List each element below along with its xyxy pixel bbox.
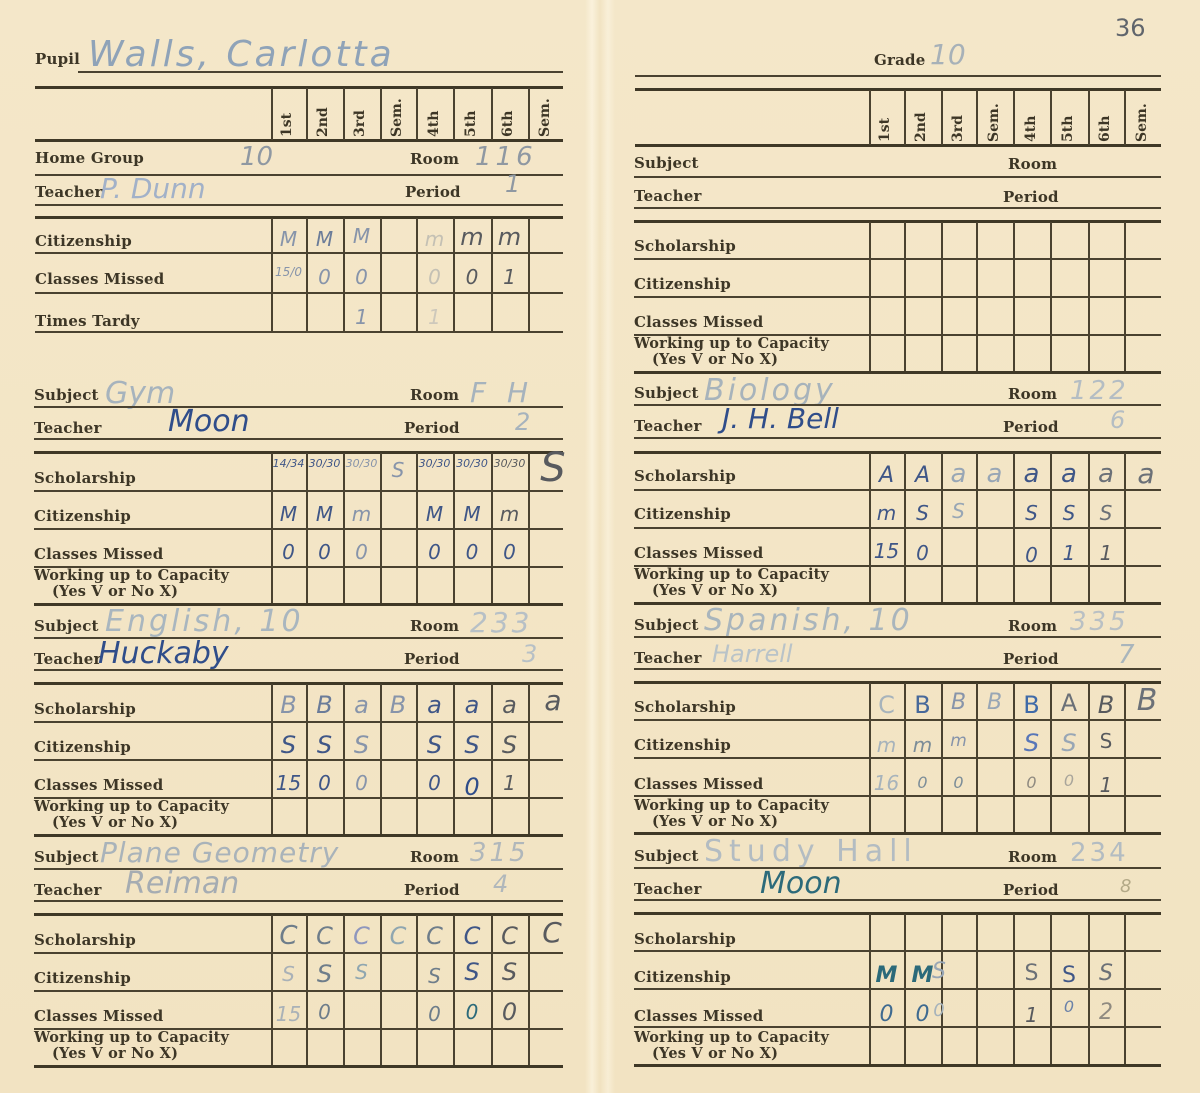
scholarship-cell: 30/30 xyxy=(416,458,453,470)
col-3rd: 3rd xyxy=(352,110,368,137)
period-value: 4 xyxy=(493,870,508,898)
classes-missed-cell: 0 xyxy=(343,537,380,567)
citizenship-cell: m xyxy=(869,498,904,528)
scholarship-cell: C xyxy=(271,921,306,951)
citizenship-cell: S xyxy=(941,496,976,526)
scholarship-cell: C xyxy=(416,921,453,951)
period-value: 2 xyxy=(515,408,530,436)
citizenship-label: Citizenship xyxy=(634,275,731,293)
page-number: 36 xyxy=(1115,14,1146,42)
classes-missed-cell: 16 xyxy=(869,768,904,798)
col-6th: 6th xyxy=(1097,116,1113,142)
home-citizenship-label: Citizenship xyxy=(35,232,132,250)
citizenship-label: Citizenship xyxy=(34,738,131,756)
citizenship-cell: S xyxy=(926,957,952,987)
home-group-value: 10 xyxy=(240,142,273,172)
home-period-label: Period xyxy=(405,183,461,201)
scholarship-cell: a xyxy=(491,690,528,720)
scholarship-cell: B xyxy=(1124,686,1170,716)
classes-missed-cell: 15 xyxy=(271,768,306,798)
home-citizenship-cell: M xyxy=(306,224,343,254)
teacher-label: Teacher xyxy=(34,650,102,668)
scholarship-cell: a xyxy=(528,686,578,716)
classes-missed-cell: 0 xyxy=(926,996,952,1026)
room-label: Room xyxy=(410,386,459,404)
scholarship-cell: A xyxy=(1050,688,1088,718)
period-label: Period xyxy=(404,881,460,899)
scholarship-cell: B xyxy=(941,688,976,718)
citizenship-cell: M xyxy=(271,499,306,529)
teacher-value: Huckaby xyxy=(98,636,229,671)
home-teacher-value: P. Dunn xyxy=(100,172,206,205)
classes-missed-label: Classes Missed xyxy=(34,1007,163,1025)
classes-missed-label: Classes Missed xyxy=(634,313,763,331)
citizenship-cell: m xyxy=(904,730,941,760)
scholarship-label: Scholarship xyxy=(34,700,136,718)
period-label: Period xyxy=(404,419,460,437)
classes-missed-cell: 0 xyxy=(1013,540,1050,570)
scholarship-cell: 30/30 xyxy=(343,458,380,470)
room-label: Room xyxy=(1008,848,1057,866)
citizenship-cell: S xyxy=(343,730,380,760)
col-sem-2: Sem. xyxy=(1134,103,1150,142)
classes-missed-cell: 0 xyxy=(416,999,453,1029)
classes-missed-cell: 0 xyxy=(271,537,306,567)
subject-value: English, 10 xyxy=(105,604,304,639)
subject-label: Subject xyxy=(634,616,699,634)
room-label: Room xyxy=(1008,617,1057,635)
scholarship-cell: A xyxy=(904,461,941,491)
col-sem-1: Sem. xyxy=(986,103,1002,142)
home-classes-missed-cell: 0 xyxy=(453,262,491,292)
citizenship-cell: S xyxy=(1088,498,1124,528)
citizenship-cell: m xyxy=(491,499,528,529)
scholarship-label: Scholarship xyxy=(634,467,736,485)
scholarship-cell: C xyxy=(491,921,528,951)
working-up-legend: (Yes V or No X) xyxy=(52,584,178,600)
citizenship-cell: S xyxy=(271,959,306,989)
room-value: 122 xyxy=(1070,376,1129,406)
classes-missed-label: Classes Missed xyxy=(34,776,163,794)
teacher-value: J. H. Bell xyxy=(722,402,839,435)
scholarship-cell: a xyxy=(941,459,976,489)
citizenship-cell: S xyxy=(491,957,528,987)
classes-missed-cell: 0 xyxy=(306,537,343,567)
subject-label: Subject xyxy=(634,847,699,865)
working-up-legend: (Yes V or No X) xyxy=(652,814,778,830)
scholarship-cell: C xyxy=(380,921,416,951)
classes-missed-cell: 2 xyxy=(1088,998,1124,1028)
citizenship-label: Citizenship xyxy=(34,507,131,525)
citizenship-cell: M xyxy=(453,499,491,529)
col-5th: 5th xyxy=(463,111,479,137)
period-label: Period xyxy=(1003,418,1059,436)
scholarship-cell: a xyxy=(976,459,1013,489)
citizenship-cell: S xyxy=(1088,959,1124,989)
times-tardy-cell: 1 xyxy=(416,302,453,332)
scholarship-cell: S xyxy=(528,446,578,490)
citizenship-cell: m xyxy=(343,499,380,529)
working-up-legend: (Yes V or No X) xyxy=(652,583,778,599)
classes-missed-cell: 0 xyxy=(453,997,491,1027)
citizenship-cell: M xyxy=(416,499,453,529)
scholarship-cell: C xyxy=(528,918,576,948)
citizenship-cell: S xyxy=(1013,498,1050,528)
scholarship-cell: B xyxy=(306,690,343,720)
subject-label: Subject xyxy=(34,848,99,866)
home-classes-missed-cell: 0 xyxy=(416,262,453,292)
citizenship-cell: S xyxy=(1050,498,1088,528)
classes-missed-cell: 0 xyxy=(416,537,453,567)
citizenship-label: Citizenship xyxy=(634,968,731,986)
scholarship-cell: 30/30 xyxy=(453,458,491,470)
citizenship-cell: M xyxy=(869,961,904,991)
room-label: Room xyxy=(1008,385,1057,403)
classes-missed-cell: 1 xyxy=(1088,538,1124,568)
times-tardy-label: Times Tardy xyxy=(35,312,140,330)
citizenship-cell: S xyxy=(1013,728,1050,758)
scholarship-label: Scholarship xyxy=(34,469,136,487)
scholarship-cell: B xyxy=(271,690,306,720)
teacher-value: Harrell xyxy=(712,640,793,668)
classes-missed-cell: 0 xyxy=(1013,768,1050,798)
room-label: Room xyxy=(410,848,459,866)
pupil-name: Walls, Carlotta xyxy=(88,34,395,75)
grade-label: Grade xyxy=(874,51,925,69)
working-up-label: Working up to Capacity xyxy=(634,798,829,814)
home-citizenship-cell: m xyxy=(491,222,528,252)
classes-missed-cell: 0 xyxy=(306,997,343,1027)
home-citizenship-cell: M xyxy=(271,224,306,254)
col-1st: 1st xyxy=(279,113,295,137)
classes-missed-cell: 0 xyxy=(1050,992,1088,1022)
times-tardy-cell: 1 xyxy=(343,302,380,332)
room-value: 233 xyxy=(470,606,532,639)
scholarship-cell: a xyxy=(1013,459,1050,489)
room-value: 234 xyxy=(1070,838,1129,868)
scholarship-cell: A xyxy=(869,461,904,491)
citizenship-cell: S xyxy=(416,730,453,760)
classes-missed-cell: 0 xyxy=(453,772,491,802)
home-period-value: 1 xyxy=(505,170,520,198)
home-classes-missed-cell: 0 xyxy=(306,262,343,292)
col-sem-2: Sem. xyxy=(537,98,553,137)
classes-missed-cell: 0 xyxy=(904,538,941,568)
scholarship-label: Scholarship xyxy=(634,930,736,948)
working-up-label: Working up to Capacity xyxy=(34,799,229,815)
working-up-label: Working up to Capacity xyxy=(634,336,829,352)
period-label: Period xyxy=(404,650,460,668)
citizenship-cell: M xyxy=(306,499,343,529)
teacher-label: Teacher xyxy=(634,880,702,898)
scholarship-cell: B xyxy=(976,688,1013,718)
scholarship-cell: C xyxy=(343,921,380,951)
working-up-label: Working up to Capacity xyxy=(34,568,229,584)
classes-missed-cell: 0 xyxy=(904,768,941,798)
working-up-legend: (Yes V or No X) xyxy=(652,352,778,368)
scholarship-label: Scholarship xyxy=(634,698,736,716)
period-label: Period xyxy=(1003,881,1059,899)
teacher-value: Reiman xyxy=(125,866,239,901)
working-up-label: Working up to Capacity xyxy=(634,567,829,583)
subject-label: Subject xyxy=(34,617,99,635)
header-top-rule xyxy=(35,86,563,89)
room-value: 335 xyxy=(1070,607,1129,637)
classes-missed-cell: 0 xyxy=(491,997,528,1027)
classes-missed-cell: 0 xyxy=(941,768,976,798)
classes-missed-cell: 1 xyxy=(1013,1000,1050,1030)
scholarship-cell: a xyxy=(1050,459,1088,489)
scholarship-cell: a xyxy=(453,690,491,720)
home-citizenship-cell: M xyxy=(343,221,380,251)
grade-value: 10 xyxy=(930,38,966,71)
citizenship-cell: S xyxy=(1088,726,1124,756)
home-classes-missed-label: Classes Missed xyxy=(35,270,164,288)
scholarship-cell: a xyxy=(343,690,380,720)
classes-missed-cell: 0 xyxy=(343,768,380,798)
teacher-label: Teacher xyxy=(34,419,102,437)
working-up-legend: (Yes V or No X) xyxy=(52,815,178,831)
subject-label: Subject xyxy=(634,154,699,172)
period-value: 7 xyxy=(1118,640,1135,670)
classes-missed-cell: 0 xyxy=(306,768,343,798)
scholarship-cell: a xyxy=(1124,459,1168,489)
working-up-label: Working up to Capacity xyxy=(634,1030,829,1046)
period-value: 6 xyxy=(1110,406,1125,434)
col-sem-1: Sem. xyxy=(389,98,405,137)
col-6th: 6th xyxy=(500,111,516,137)
classes-missed-cell: 15 xyxy=(869,536,904,566)
citizenship-label: Citizenship xyxy=(634,505,731,523)
home-room-value: 116 xyxy=(475,142,537,172)
working-up-legend: (Yes V or No X) xyxy=(652,1046,778,1062)
room-value: 315 xyxy=(470,838,529,868)
teacher-value: Moon xyxy=(760,866,842,901)
citizenship-cell: S xyxy=(1050,961,1088,991)
room-label: Room xyxy=(1008,155,1057,173)
subject-value: Plane Geometry xyxy=(100,836,339,869)
classes-missed-cell: 1 xyxy=(1088,770,1124,800)
scholarship-cell: S xyxy=(380,455,416,485)
classes-missed-cell: 0 xyxy=(1050,766,1088,796)
classes-missed-label: Classes Missed xyxy=(634,775,763,793)
home-classes-missed-cell: 15/0 xyxy=(271,266,306,278)
classes-missed-cell: 1 xyxy=(1050,538,1088,568)
classes-missed-label: Classes Missed xyxy=(634,544,763,562)
citizenship-cell: m xyxy=(941,726,976,756)
scholarship-cell: B xyxy=(380,690,416,720)
teacher-value: Moon xyxy=(168,404,250,439)
subject-value: Study Hall xyxy=(704,834,918,869)
col-2nd: 2nd xyxy=(315,107,331,137)
period-label: Period xyxy=(1003,188,1059,206)
subject-label: Subject xyxy=(634,384,699,402)
scholarship-cell: C xyxy=(306,921,343,951)
scholarship-label: Scholarship xyxy=(34,931,136,949)
citizenship-cell: S xyxy=(306,959,343,989)
home-classes-missed-cell: 0 xyxy=(343,262,380,292)
citizenship-cell: m xyxy=(869,730,904,760)
scholarship-cell: 30/30 xyxy=(306,458,343,470)
citizenship-cell: S xyxy=(904,498,941,528)
scholarship-cell: B xyxy=(1013,690,1050,720)
col-2nd: 2nd xyxy=(913,112,929,142)
period-label: Period xyxy=(1003,650,1059,668)
home-teacher-label: Teacher xyxy=(35,183,103,201)
col-4th: 4th xyxy=(1023,116,1039,142)
scholarship-label: Scholarship xyxy=(634,237,736,255)
classes-missed-cell: 0 xyxy=(491,537,528,567)
citizenship-cell: S xyxy=(306,730,343,760)
citizenship-cell: S xyxy=(1050,728,1088,758)
citizenship-cell: S xyxy=(491,730,528,760)
room-value: F H xyxy=(470,376,534,409)
home-classes-missed-cell: 1 xyxy=(491,262,528,292)
scholarship-cell: C xyxy=(453,921,491,951)
scholarship-cell: a xyxy=(1088,459,1124,489)
scholarship-cell: 14/34 xyxy=(271,458,306,470)
classes-missed-label: Classes Missed xyxy=(634,1007,763,1025)
classes-missed-cell: 0 xyxy=(453,537,491,567)
scholarship-cell: a xyxy=(416,690,453,720)
report-card-left-page: Pupil Walls, Carlotta 1st 2nd 3rd Sem. 4… xyxy=(0,0,600,1093)
scholarship-cell: B xyxy=(904,690,941,720)
home-group-label: Home Group xyxy=(35,149,144,167)
room-label: Room xyxy=(410,617,459,635)
pupil-underline xyxy=(78,71,563,73)
col-4th: 4th xyxy=(426,111,442,137)
subject-label: Subject xyxy=(34,386,99,404)
scholarship-cell: B xyxy=(1088,690,1124,720)
citizenship-cell: S xyxy=(343,957,380,987)
citizenship-label: Citizenship xyxy=(34,969,131,987)
pupil-label: Pupil xyxy=(35,50,80,68)
teacher-label: Teacher xyxy=(634,649,702,667)
home-room-label: Room xyxy=(410,150,459,168)
home-citizenship-cell: m xyxy=(453,222,491,252)
classes-missed-cell: 0 xyxy=(416,768,453,798)
citizenship-cell: S xyxy=(1013,959,1050,989)
col-5th: 5th xyxy=(1060,116,1076,142)
subject-value: Spanish, 10 xyxy=(704,603,913,638)
working-up-legend: (Yes V or No X) xyxy=(52,1046,178,1062)
teacher-label: Teacher xyxy=(634,187,702,205)
classes-missed-cell: 1 xyxy=(491,768,528,798)
col-1st: 1st xyxy=(877,118,893,142)
citizenship-cell: S xyxy=(453,730,491,760)
report-card-right-page: 36 Grade 10 1st 2nd 3rd Sem. 4th 5th 6th… xyxy=(600,0,1200,1093)
classes-missed-cell: 15 xyxy=(271,999,306,1029)
classes-missed-cell: 0 xyxy=(869,1000,904,1030)
period-value: 3 xyxy=(522,640,537,668)
period-value: 8 xyxy=(1120,876,1131,897)
citizenship-cell: S xyxy=(271,730,306,760)
scholarship-cell: 30/30 xyxy=(491,458,528,470)
teacher-label: Teacher xyxy=(634,417,702,435)
classes-missed-label: Classes Missed xyxy=(34,545,163,563)
teacher-label: Teacher xyxy=(34,881,102,899)
scholarship-cell: C xyxy=(869,690,904,720)
home-citizenship-cell: m xyxy=(416,224,453,254)
citizenship-label: Citizenship xyxy=(634,736,731,754)
col-3rd: 3rd xyxy=(950,115,966,142)
working-up-label: Working up to Capacity xyxy=(34,1030,229,1046)
citizenship-cell: S xyxy=(416,961,453,991)
citizenship-cell: S xyxy=(453,957,491,987)
